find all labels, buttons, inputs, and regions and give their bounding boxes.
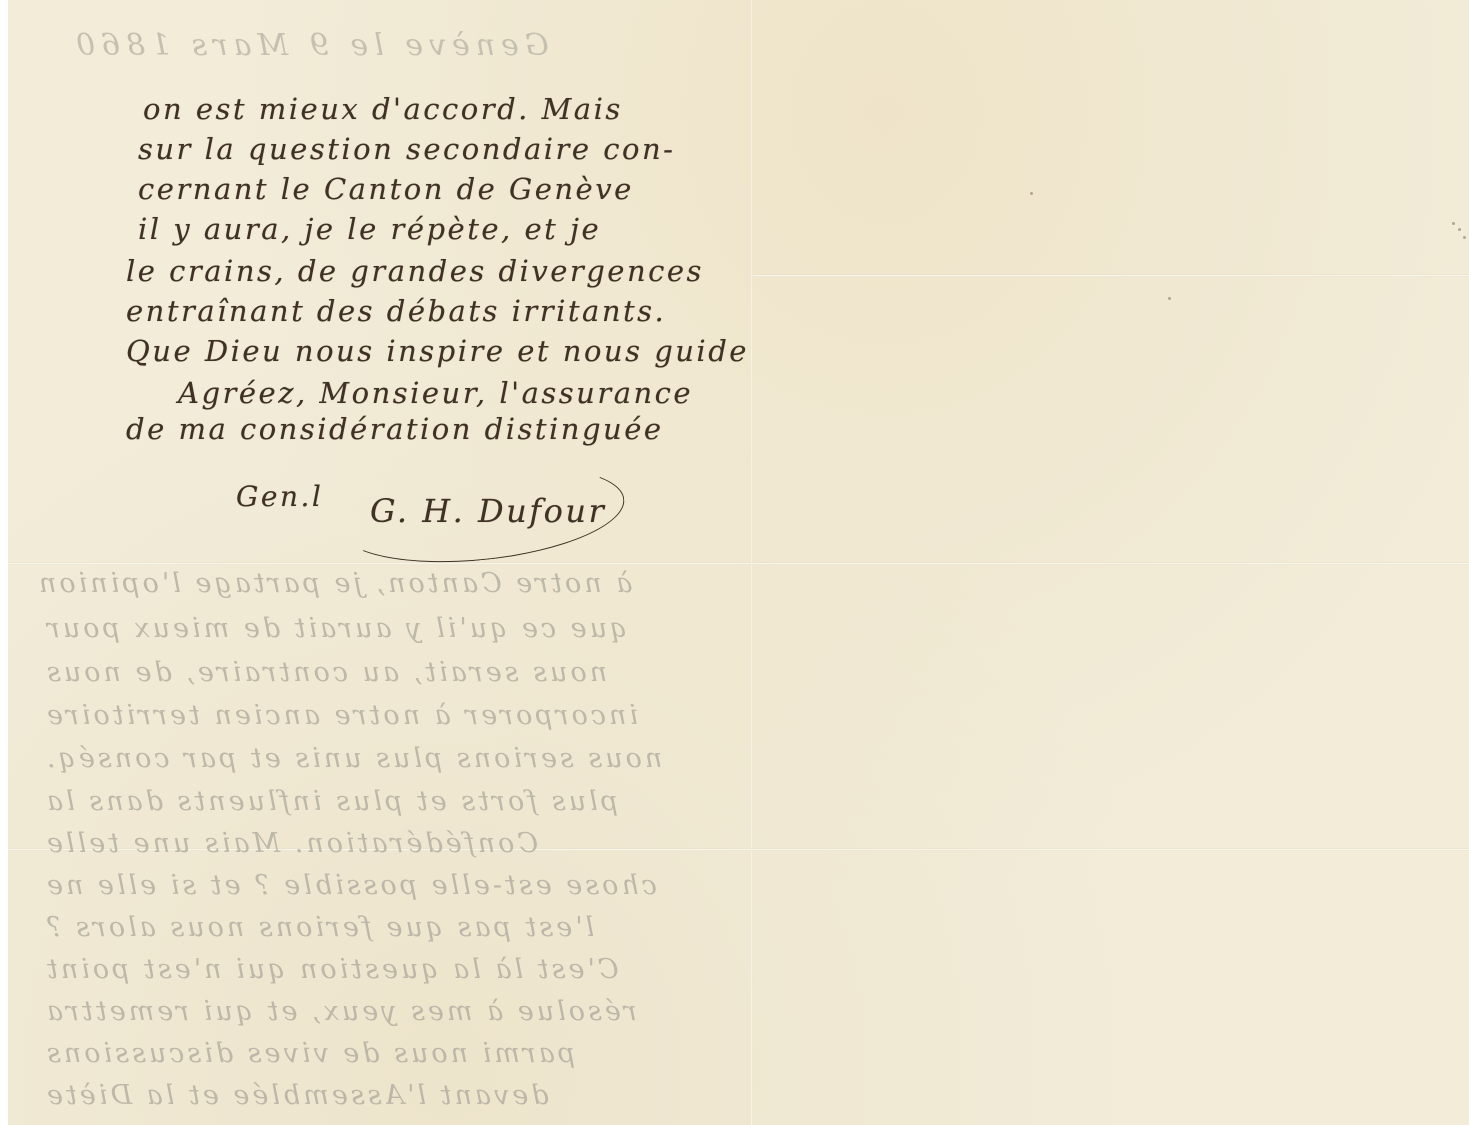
bleed-through-line: résolue à mes yeux, et qui remettra — [44, 996, 637, 1027]
bleed-through-line: l'est pas que ferions nous alors ? — [44, 912, 594, 943]
letter-line: cernant le Canton de Genève — [138, 172, 634, 206]
bleed-through-line: plus forts et plus influents dans la — [44, 786, 618, 817]
paper-speck — [1452, 222, 1455, 225]
bleed-through-line: C'est là la question qui n'est point — [44, 954, 619, 985]
paper-speck — [1168, 297, 1171, 300]
letter-line: il y aura, je le répète, et je — [138, 212, 601, 246]
bleed-through-line: que ce qu'il y aurait de mieux pour — [44, 613, 627, 644]
closing-line: Agréez, Monsieur, l'assurance — [178, 376, 693, 410]
bleed-through-line: parmi nous de vives discussions — [44, 1038, 575, 1069]
paper-speck — [1030, 192, 1033, 195]
letter-line: sur la question secondaire con- — [138, 132, 675, 166]
bleed-through-line: incorporer à notre ancien territoire — [44, 700, 638, 731]
bleed-through-line: devant l'Assemblée et la Diète — [44, 1080, 549, 1111]
letter-line: on est mieux d'accord. Mais — [143, 92, 623, 126]
letter-line: Que Dieu nous inspire et nous guide — [126, 334, 749, 368]
paper-speck — [1458, 228, 1461, 231]
bleed-through-date: Genève le 9 Mars 1860 — [70, 28, 549, 63]
bleed-through-line: nous serions plus unis et par conséq. — [44, 743, 662, 774]
letter-line: entraînant des débats irritants. — [126, 294, 666, 328]
bleed-through-line: nous serait, au contraire, de nous — [44, 657, 607, 688]
bleed-through-line: Confédération. Mais une telle — [44, 828, 538, 859]
bleed-through-line: chose est-elle possible ? et si elle ne — [44, 870, 657, 901]
letter-line: le crains, de grandes divergences — [126, 254, 704, 288]
paper-speck — [1463, 236, 1466, 239]
horizontal-fold-line-middle — [8, 562, 1469, 565]
horizontal-fold-line-upper — [753, 274, 1469, 277]
closing-line: de ma considération distinguée — [126, 412, 664, 446]
signature-title: Gen.l — [236, 480, 323, 513]
bleed-through-line: à notre Canton, je partage l'opinion — [36, 568, 632, 599]
letter-page: Genève le 9 Mars 1860 à notre Canton, je… — [8, 0, 1469, 1125]
signature-flourish — [334, 453, 629, 574]
